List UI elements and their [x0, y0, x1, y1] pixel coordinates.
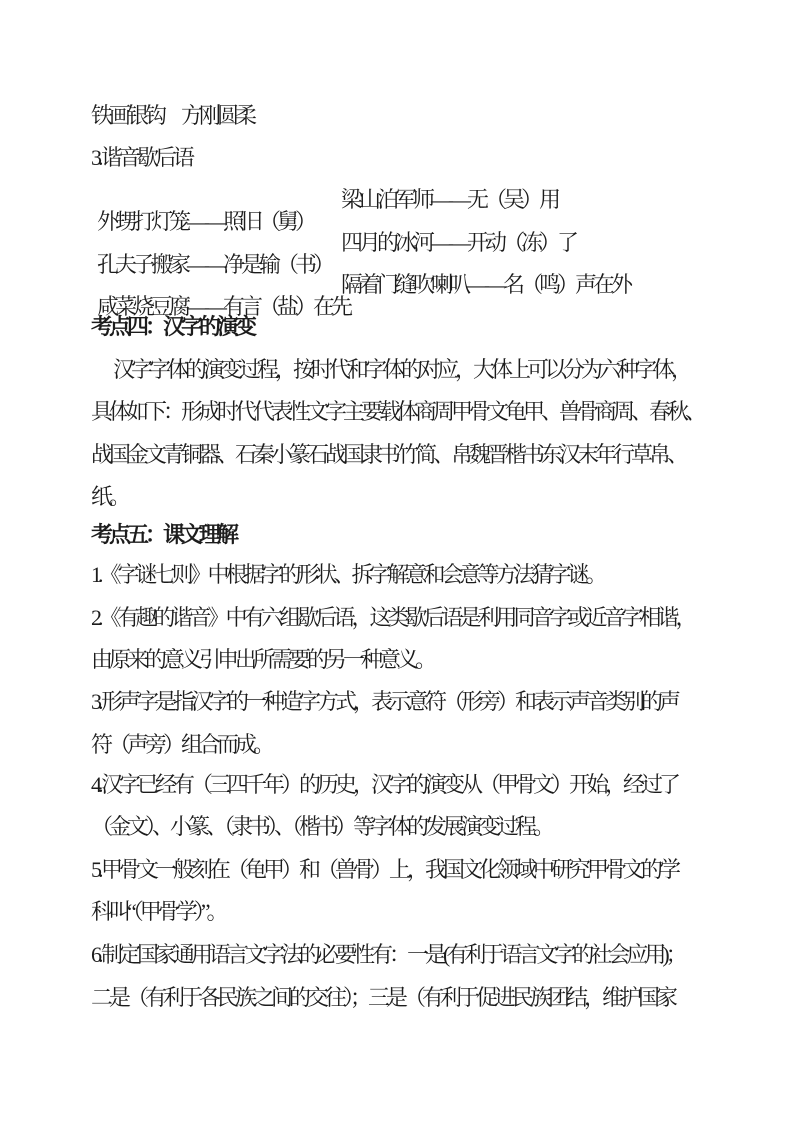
xiehouyu-left: 外甥打灯笼——照旧（舅）	[97, 209, 313, 234]
xiehouyu-right: 隔着门缝吹喇叭——名（鸣）声在外	[341, 274, 629, 296]
list-item-line: 二是（有利于各民族之间的交往）；三是（有利于促进民族团结，维护国家	[91, 987, 674, 1009]
xiehouyu-right: 梁山泊军师——无（吴）用	[341, 189, 557, 211]
paragraph-line: 纸。	[91, 486, 127, 508]
xiehouyu-right: 四月的冰河——开动（冻）了	[341, 232, 575, 254]
list-item-line: 5. 甲骨文一般刻在（龟甲）和（兽骨）上，我国文化领域中研究甲骨文的学	[91, 859, 677, 881]
list-item-line: 符（声旁）组合而成。	[91, 734, 271, 756]
paragraph-line: 汉字字体的演变过程，按时代和字体的对应，大体上可以分为六种字体，	[113, 359, 689, 381]
list-item-line: 科叫“（甲骨学）”。	[91, 901, 225, 923]
list-item-line: （金文）、小篆、（隶书）、（楷书）等字体的发展演变过程。	[91, 816, 551, 838]
homophone-xiehouyu-heading: 3. 谐音歇后语	[91, 147, 191, 169]
list-item-line: 1.《字谜七则》中根据字的形状、拆字解意和会意等方法猜字谜。	[91, 564, 604, 586]
section-heading-kaodian5: 考点五：课文理解	[91, 524, 235, 546]
calligraphy-phrases-line: 铁画银钩 方刚圆柔	[91, 105, 253, 127]
list-item-line: 6. 制定国家通用语言文字法的必要性有：一是(有利于语言文字的社会应用)；	[91, 944, 684, 966]
section-heading-kaodian4: 考点四：汉字的演变	[91, 316, 253, 338]
list-item-line: 2.《有趣的谐音》中有六组歇后语，这类歇后语是利用同音字或近音字相谐，	[91, 607, 694, 629]
document-page: 铁画银钩 方刚圆柔 3. 谐音歇后语 外甥打灯笼——照旧（舅） 梁山泊军师——无…	[0, 0, 793, 1122]
list-item-line: 由原来的意义引申出所需要的另一种意义。	[91, 649, 433, 671]
list-item-line: 3. 形声字是指汉字的一种造字方式，表示意符（形旁）和表示声音类别的声	[91, 691, 677, 713]
paragraph-line: 具体如下：形成时代代表性文字主要载体商周甲骨文龟甲、兽骨商周、春秋、	[91, 401, 703, 423]
list-item-line: 4. 汉字已经有（三四千年）的历史，汉字的演变从（甲骨文）开始，经过了	[91, 774, 677, 796]
paragraph-line: 战国金文青铜器、石秦小篆石战国隶书竹简、帛魏晋楷书东汉末年行草帛、	[91, 444, 685, 466]
